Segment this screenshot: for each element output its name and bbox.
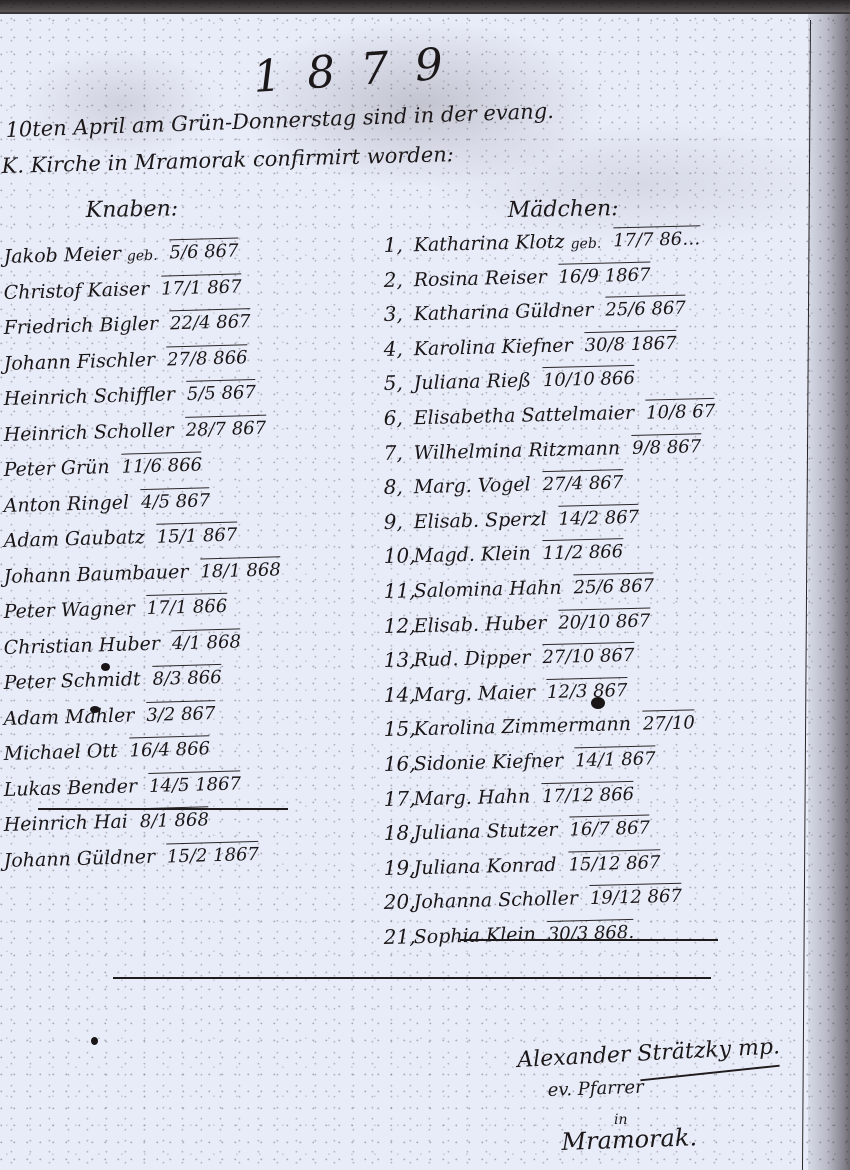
entry-number: 20,	[383, 889, 414, 914]
birth-date: 30/8 1867	[584, 329, 677, 355]
birth-date: 18/1 868	[200, 555, 281, 581]
entry-number: 12,	[383, 612, 414, 637]
birth-date: 27/8 866	[167, 343, 248, 369]
ink-blot	[91, 1037, 98, 1045]
section-end-rule	[113, 977, 711, 979]
birth-date: 17/12 866	[542, 780, 635, 806]
girl-name: Katharina Klotz	[413, 230, 564, 256]
born-note: geb.	[570, 235, 601, 252]
birth-date: 16/4 866	[129, 735, 210, 761]
entry-number: 3,	[383, 301, 414, 326]
entry-number: 6,	[383, 405, 414, 430]
boys-end-rule	[38, 808, 288, 810]
entry-number: 8,	[383, 474, 414, 499]
birth-date: 27/10	[643, 709, 695, 734]
entry-number: 9,	[383, 509, 414, 534]
entry-number: 11,	[383, 578, 414, 603]
girl-name: Sidonie Kiefner	[413, 749, 563, 775]
girl-name: Salomina Hahn	[413, 576, 561, 602]
birth-date: 14/5 1867	[149, 769, 242, 796]
entry-number: 7,	[383, 439, 414, 464]
birth-date: 5/5 867	[186, 378, 256, 404]
girl-name: Magd. Klein	[413, 542, 531, 567]
boy-name: Peter Grün	[3, 456, 109, 481]
birth-date: 14/1 867	[575, 745, 656, 771]
boy-name: Peter Schmidt	[3, 668, 141, 694]
signature-place: Mramorak.	[561, 1123, 697, 1156]
birth-date: 15/2 1867	[167, 840, 260, 867]
scan-top-edge	[0, 0, 850, 12]
boy-name: Johann Güldner	[3, 845, 155, 871]
entry-number: 4,	[383, 336, 414, 361]
boy-name: Jakob Meier	[3, 242, 121, 267]
birth-date: 19/12 867	[590, 883, 683, 909]
ink-blot	[101, 663, 110, 671]
girl-name: Juliana Stutzer	[413, 818, 557, 844]
birth-date: 25/6 867	[605, 294, 686, 320]
entry-number: 21,	[383, 924, 414, 949]
birth-date: 9/8 867	[632, 432, 702, 458]
entry-number: 15,	[383, 716, 414, 741]
entry-number: 10,	[383, 543, 414, 568]
birth-date: 15/12 867	[568, 849, 661, 875]
book-gutter	[808, 14, 850, 1170]
entry-number: 13,	[383, 647, 414, 672]
boy-name: Adam Gaubatz	[3, 526, 145, 552]
girl-name: Juliana Rieß	[413, 369, 531, 394]
ink-blot	[591, 697, 605, 709]
girl-name: Sophia Klein	[413, 923, 536, 948]
ink-blot	[90, 706, 100, 713]
birth-date: 11/2 866	[542, 538, 623, 564]
birth-date: 10/10 866	[543, 365, 636, 391]
birth-date: 22/4 867	[170, 308, 251, 334]
entry-number: 16,	[383, 751, 414, 776]
birth-date: 17/1 866	[146, 592, 227, 618]
born-note: geb.	[127, 247, 158, 264]
birth-date: 27/4 867	[542, 469, 623, 495]
boy-name: Peter Wagner	[3, 597, 135, 623]
girl-name: Marg. Hahn	[413, 785, 530, 810]
birth-date: 15/1 867	[156, 521, 237, 547]
boy-name: Michael Ott	[3, 739, 118, 764]
birth-date: 20/10 867	[558, 607, 651, 633]
birth-date: 14/2 867	[558, 503, 639, 529]
birth-date: 17/1 867	[161, 272, 242, 298]
birth-date: 4/5 867	[141, 486, 211, 512]
birth-date: 4/1 868	[172, 627, 242, 653]
birth-date: 10/8 67	[646, 397, 716, 423]
entry-number: 19,	[383, 855, 414, 880]
girls-end-rule	[460, 939, 718, 941]
birth-date: 3/2 867	[146, 699, 216, 725]
birth-date: 28/7 867	[185, 414, 266, 440]
birth-date: 16/9 1867	[558, 261, 651, 287]
birth-date: 8/3 866	[152, 663, 222, 689]
entry-number: 1,	[383, 232, 414, 257]
entry-number: 14,	[383, 682, 414, 707]
birth-date: 5/6 867	[169, 237, 239, 263]
entry-number: 17,	[383, 785, 414, 810]
entry-number: 2,	[383, 266, 414, 291]
signature-title: ev. Pfarrer	[547, 1077, 644, 1101]
boy-name: Heinrich Hai	[3, 810, 128, 835]
birth-date: 27/10 867	[542, 642, 635, 668]
girl-name: Rud. Dipper	[413, 646, 530, 671]
girls-list: 1,Katharina Klotzgeb.17/7 86… 2,Rosina R…	[384, 222, 804, 948]
birth-date: 12/3 867	[547, 676, 628, 702]
entry-number: 18,	[383, 820, 414, 845]
boys-list: Jakob Meiergeb.5/6 867 Christof Kaiser17…	[4, 232, 344, 871]
birth-date: 16/7 867	[569, 814, 650, 840]
birth-date: 17/7 86…	[613, 225, 701, 251]
birth-date: 11/6 866	[121, 451, 202, 477]
girl-name: Marg. Vogel	[413, 473, 531, 498]
entry-number: 5,	[383, 370, 414, 395]
birth-date: 25/6 867	[573, 572, 654, 598]
boys-heading: Knaben:	[86, 196, 179, 223]
